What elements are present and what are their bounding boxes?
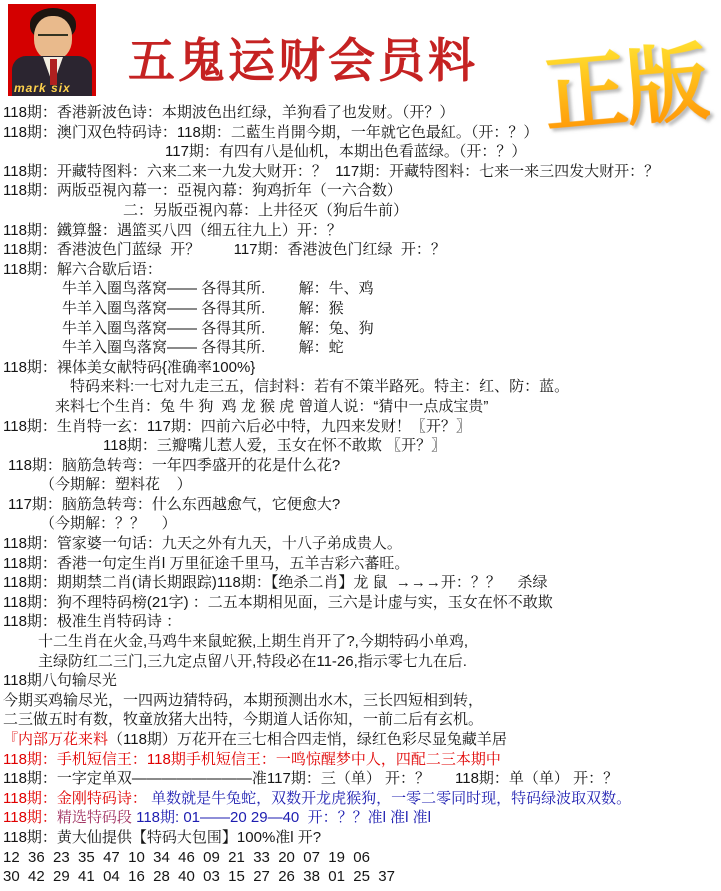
text-segment: 二：另版亞視內幕：上井径灭（狗后牛前） — [123, 202, 408, 219]
text-line: 118期：脑筋急转弯：一年四季盛开的花是什么花? — [0, 456, 721, 476]
text-segment: 118期：狗不理特码榜(21字) ：二五本期相见面，三六是计虚与实，玉女在怀不敢… — [3, 594, 553, 611]
text-line: 118期：管家婆一句话：九天之外有九天，十八子弟成贵人。 — [0, 534, 721, 554]
text-line: 特码来料:一七对九走三五，信封料：若有不策半路死。特主：红、防：蓝。 — [0, 377, 721, 397]
text-line: 118期：黄大仙提供【特码大包围】100%准l 开? — [0, 828, 721, 848]
photo-watermark: mark six — [14, 81, 71, 95]
text-line: 118期：香港新波色诗：本期波色出红绿，羊狗看了也发财。（开？） — [0, 103, 721, 123]
text-segment: 118期：澳门双色特码诗：118期：二藍生肖開今期，一年就它色最紅。（开：？） — [3, 124, 538, 141]
text-segment: （今期解：塑料花 ） — [40, 476, 192, 493]
author-photo: mark six — [8, 4, 96, 96]
text-segment: 118期：解六合歇后语： — [3, 261, 162, 278]
text-segment: 特码来料:一七对九走三五，信封料：若有不策半路死。特主：红、防：蓝。 — [70, 378, 569, 395]
text-line: 118期：鐵算盤：遇篮买八四（细五往九上）开：？ — [0, 221, 721, 241]
photo-glasses — [38, 34, 68, 43]
text-segment: 118期：香港波色门蓝绿 开？ 117期：香港波色门红绿 开：？ — [3, 241, 446, 258]
text-line: 118期：解六合歇后语： — [0, 260, 721, 280]
text-line: 118期：三瓣嘴儿惹人爱，玉女在怀不敢欺 〖开？〗 — [0, 436, 721, 456]
text-segment: 今期买鸡输尽光，一四两边猜特码，本期预测出水木，三长四短相到转， — [3, 692, 483, 709]
text-line: 牛羊入圈鸟落窝—— 各得其所. 解：牛、鸡 — [0, 279, 721, 299]
text-line: 今期买鸡输尽光，一四两边猜特码，本期预测出水木，三长四短相到转， — [0, 691, 721, 711]
text-segment: 118期：裸体美女献特码{准确率100%} — [3, 359, 255, 376]
text-segment: 118期：生肖特一玄：117期：四前六后必中特，九四来发财！〖开？〗 — [3, 418, 471, 435]
text-segment: 117期：有四有八是仙机，本期出色看蓝绿。（开：？） — [165, 143, 526, 160]
text-line: 118期：香港波色门蓝绿 开？ 117期：香港波色门红绿 开：？ — [0, 240, 721, 260]
text-line: 主绿防红二三门,三九定点留八开,特段必在11-26,指示零七九在后. — [0, 652, 721, 672]
text-line: 118期：极准生肖特码诗 ： — [0, 612, 721, 632]
text-segment: 118期：鐵算盤：遇篮买八四（细五往九上）开：？ — [3, 222, 342, 239]
text-line: 118期八句输尽光 — [0, 671, 721, 691]
text-line: 118期：精选特码段 118期: 01——20 29—40 开：？？准l 准l … — [0, 808, 721, 828]
text-line: 118期：期期禁二肖(请长期跟踪)118期：【绝杀二肖】龙 鼠 →→→开：？？ … — [0, 573, 721, 593]
text-segment: 118期：管家婆一句话：九天之外有九天，十八子弟成贵人。 — [3, 535, 402, 552]
text-segment: 118期：香港一句定生肖l 万里征途千里马，五羊吉彩六蕃旺。 — [3, 555, 409, 572]
text-segment: 牛羊入圈鸟落窝—— 各得其所. 解：兔、狗 — [62, 320, 374, 337]
text-segment: （今期解：？？ ） — [40, 515, 177, 532]
text-line: 118期：一字定单双————————准117期：三（单） 开：？ 118期：单（… — [0, 769, 721, 789]
text-segment: 118期：三瓣嘴儿惹人爱，玉女在怀不敢欺 〖开？〗 — [103, 437, 446, 454]
text-line: 30 42 29 41 04 16 28 40 03 15 27 26 38 0… — [0, 867, 721, 887]
text-segment: 118期：香港新波色诗：本期波色出红绿，羊狗看了也发财。（开？） — [3, 104, 454, 121]
content-lines: 118期：香港新波色诗：本期波色出红绿，羊狗看了也发财。（开？）118期：澳门双… — [0, 103, 721, 887]
text-segment: 牛羊入圈鸟落窝—— 各得其所. 解：牛、鸡 — [62, 280, 374, 297]
text-segment: 118期：期期禁二肖(请长期跟踪)118期：【绝杀二肖】龙 鼠 →→→开：？？ … — [3, 574, 548, 591]
text-segment: 精选特码段 — [57, 809, 136, 826]
text-line: 117期：脑筋急转弯：什么东西越愈气，它便愈大? — [0, 495, 721, 515]
text-line: 牛羊入圈鸟落窝—— 各得其所. 解：猴 — [0, 299, 721, 319]
text-segment: 12 36 23 35 47 10 34 46 09 21 33 20 07 1… — [3, 849, 370, 866]
text-line: （今期解：塑料花 ） — [0, 475, 721, 495]
text-segment: 单数就是牛兔蛇，双数开龙虎猴狗，一零二零同时现，特码绿波取双数。 — [151, 790, 631, 807]
text-line: 118期：裸体美女献特码{准确率100%} — [0, 358, 721, 378]
text-line: 来料七个生肖：兔 牛 狗 鸡 龙 猴 虎 曾道人说：“猜中一点成宝贵” — [0, 397, 721, 417]
text-segment: 牛羊入圈鸟落窝—— 各得其所. 解：猴 — [62, 300, 344, 317]
text-line: 118期：手机短信王：118期手机短信王：一鸣惊醒梦中人，四配二三本期中 — [0, 750, 721, 770]
text-line: 二：另版亞視內幕：上井径灭（狗后牛前） — [0, 201, 721, 221]
text-segment: 118期：一字定单双————————准117期：三（单） 开：？ 118期：单（… — [3, 770, 618, 787]
text-line: 二三做五时有数，牧童放猪大出特，今期道人话你知，一前二后有玄机。 — [0, 710, 721, 730]
text-segment: 117期：脑筋急转弯：什么东西越愈气，它便愈大? — [8, 496, 340, 513]
text-segment: 二三做五时有数，牧童放猪大出特，今期道人话你知，一前二后有玄机。 — [3, 711, 483, 728]
text-segment: 118期：黄大仙提供【特码大包围】100%准l 开? — [3, 829, 321, 846]
text-line: 十二生肖在火金,马鸡牛来鼠蛇猴,上期生肖开了?,今期特码小单鸡, — [0, 632, 721, 652]
text-segment: 30 42 29 41 04 16 28 40 03 15 27 26 38 0… — [3, 868, 395, 885]
text-line: 牛羊入圈鸟落窝—— 各得其所. 解：蛇 — [0, 338, 721, 358]
text-line: 12 36 23 35 47 10 34 46 09 21 33 20 07 1… — [0, 848, 721, 868]
text-segment: 118期：手机短信王：118期手机短信王：一鸣惊醒梦中人，四配二三本期中 — [3, 751, 501, 768]
text-segment: 十二生肖在火金,马鸡牛来鼠蛇猴,上期生肖开了?,今期特码小单鸡, — [38, 633, 468, 650]
text-segment: 118期：两版亞視內幕一：亞視內幕：狗鸡折年（一六合数） — [3, 182, 402, 199]
text-line: 117期：有四有八是仙机，本期出色看蓝绿。（开：？） — [0, 142, 721, 162]
text-segment: 118期八句输尽光 — [3, 672, 117, 689]
text-line: 118期：狗不理特码榜(21字) ：二五本期相见面，三六是计虚与实，玉女在怀不敢… — [0, 593, 721, 613]
text-segment: 118期：开藏特图料：六来二来一九发大财开：？ 117期：开藏特图料：七来一来三… — [3, 163, 659, 180]
text-segment: 牛羊入圈鸟落窝—— 各得其所. 解：蛇 — [62, 339, 344, 356]
text-line: 118期：香港一句定生肖l 万里征途千里马，五羊吉彩六蕃旺。 — [0, 554, 721, 574]
text-segment: 来料七个生肖：兔 牛 狗 鸡 龙 猴 虎 曾道人说：“猜中一点成宝贵” — [55, 398, 488, 415]
text-segment: 118期：金刚特码诗： — [3, 790, 151, 807]
text-segment: 『内部万花来料 — [3, 731, 108, 748]
text-segment: 118期：脑筋急转弯：一年四季盛开的花是什么花? — [8, 457, 340, 474]
text-segment: 118期：极准生肖特码诗 ： — [3, 613, 181, 630]
text-segment: 118期： — [3, 809, 57, 826]
page-title: 五鬼运财会员料 — [128, 24, 478, 91]
text-line: 118期：两版亞視內幕一：亞視內幕：狗鸡折年（一六合数） — [0, 181, 721, 201]
text-segment: 主绿防红二三门,三九定点留八开,特段必在11-26,指示零七九在后. — [38, 653, 467, 670]
text-line: （今期解：？？ ） — [0, 514, 721, 534]
text-line: 牛羊入圈鸟落窝—— 各得其所. 解：兔、狗 — [0, 319, 721, 339]
text-line: 118期：开藏特图料：六来二来一九发大财开：？ 117期：开藏特图料：七来一来三… — [0, 162, 721, 182]
text-segment: （118期）万花开在三七相合四走悄，绿红色彩尽显兔藏羊居 — [108, 731, 507, 748]
text-line: 『内部万花来料（118期）万花开在三七相合四走悄，绿红色彩尽显兔藏羊居 — [0, 730, 721, 750]
text-line: 118期：澳门双色特码诗：118期：二藍生肖開今期，一年就它色最紅。（开：？） — [0, 123, 721, 143]
text-segment: 118期: 01——20 29—40 开：？？准l 准l 准l — [136, 809, 431, 826]
text-line: 118期：生肖特一玄：117期：四前六后必中特，九四来发财！〖开？〗 — [0, 417, 721, 437]
text-line: 118期：金刚特码诗： 单数就是牛兔蛇，双数开龙虎猴狗，一零二零同时现，特码绿波… — [0, 789, 721, 809]
